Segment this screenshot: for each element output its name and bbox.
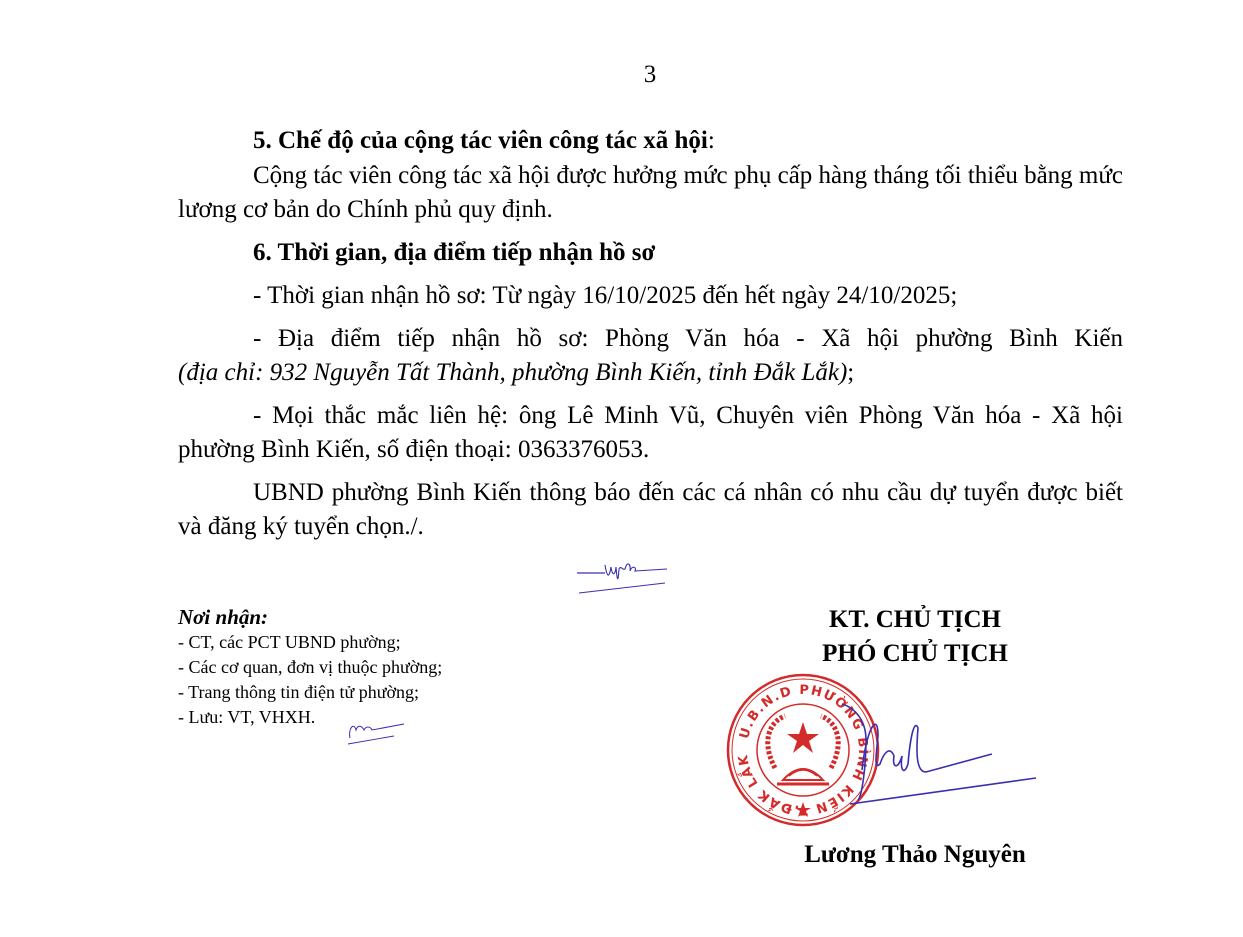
recipient-item: - Các cơ quan, đơn vị thuộc phường;: [178, 655, 598, 680]
recipients-list: Nơi nhận: - CT, các PCT UBND phường; - C…: [178, 604, 598, 730]
document-body: 5. Chế độ của cộng tác viên công tác xã …: [178, 124, 1123, 544]
closing-statement: UBND phường Bình Kiến thông báo đến các …: [178, 476, 1123, 544]
recipients-title: Nơi nhận:: [178, 604, 598, 630]
recipient-item: - Trang thông tin điện tử phường;: [178, 680, 598, 705]
section-5-paragraph: Cộng tác viên công tác xã hội được hưởng…: [178, 159, 1123, 227]
contact-info: - Mọi thắc mắc liên hệ: ông Lê Minh Vũ, …: [178, 399, 1123, 467]
signature-title: KT. CHỦ TỊCH PHÓ CHỦ TỊCH: [720, 603, 1110, 671]
section-5-heading-text: 5. Chế độ của cộng tác viên công tác xã …: [253, 127, 708, 154]
submission-time: - Thời gian nhận hồ sơ: Từ ngày 16/10/20…: [178, 279, 1123, 313]
submission-address: (địa chỉ: 932 Nguyễn Tất Thành, phường B…: [178, 356, 1123, 390]
signature-line-2: PHÓ CHỦ TỊCH: [720, 637, 1110, 671]
page-number: 3: [0, 60, 1243, 90]
section-5-heading: 5. Chế độ của cộng tác viên công tác xã …: [178, 124, 1123, 158]
recipient-item: - CT, các PCT UBND phường;: [178, 630, 598, 655]
initial-signature-icon: [575, 555, 675, 597]
submission-location: - Địa điểm tiếp nhận hồ sơ: Phòng Văn hó…: [178, 322, 1123, 356]
address-text: (địa chỉ: 932 Nguyễn Tất Thành, phường B…: [178, 359, 847, 386]
section-6-heading: 6. Thời gian, địa điểm tiếp nhận hồ sơ: [178, 236, 1123, 270]
signature-icon: [840, 700, 1040, 810]
signature-line-1: KT. CHỦ TỊCH: [720, 603, 1110, 637]
signer-name: Lương Thảo Nguyên: [720, 838, 1110, 872]
archive-initial-signature-icon: [344, 716, 408, 746]
